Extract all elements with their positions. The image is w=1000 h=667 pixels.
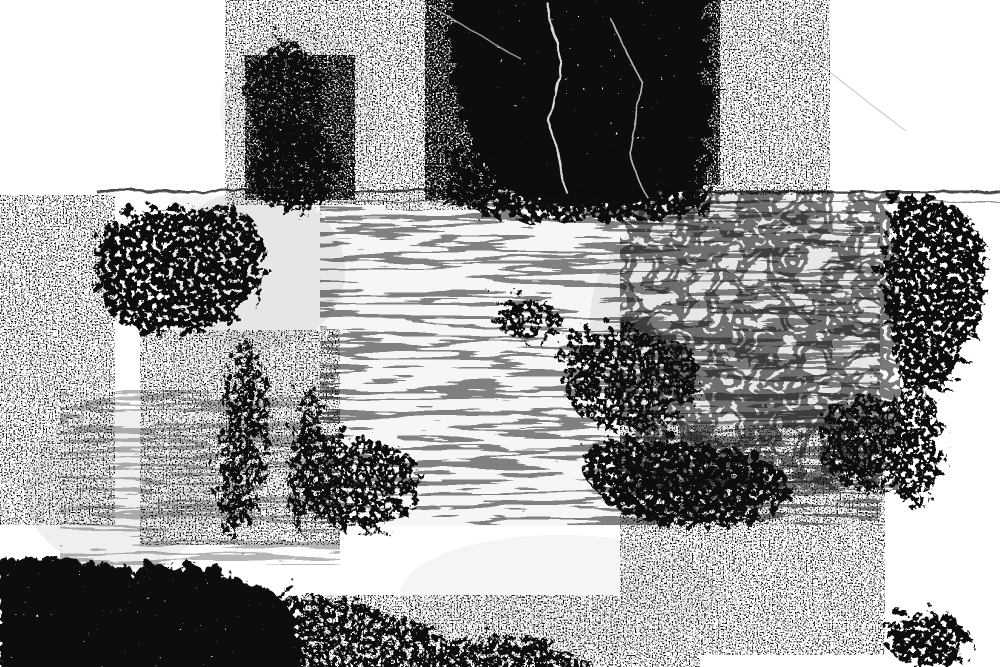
upper-patch-streak — [242, 36, 318, 148]
bottom-left-core — [0, 605, 275, 667]
center-patch-2 — [488, 290, 552, 334]
secondary-seam-line — [330, 199, 1000, 201]
horizontal-scratch-line — [95, 189, 1000, 191]
grunge-texture-canvas — [0, 0, 1000, 667]
top-center-mass-skirt — [440, 142, 700, 214]
bottom-right-blob — [880, 608, 963, 659]
center-patch-1 — [556, 323, 689, 422]
faint-left-seam-line — [60, 506, 345, 508]
grunge-texture-photo — [0, 0, 1000, 667]
